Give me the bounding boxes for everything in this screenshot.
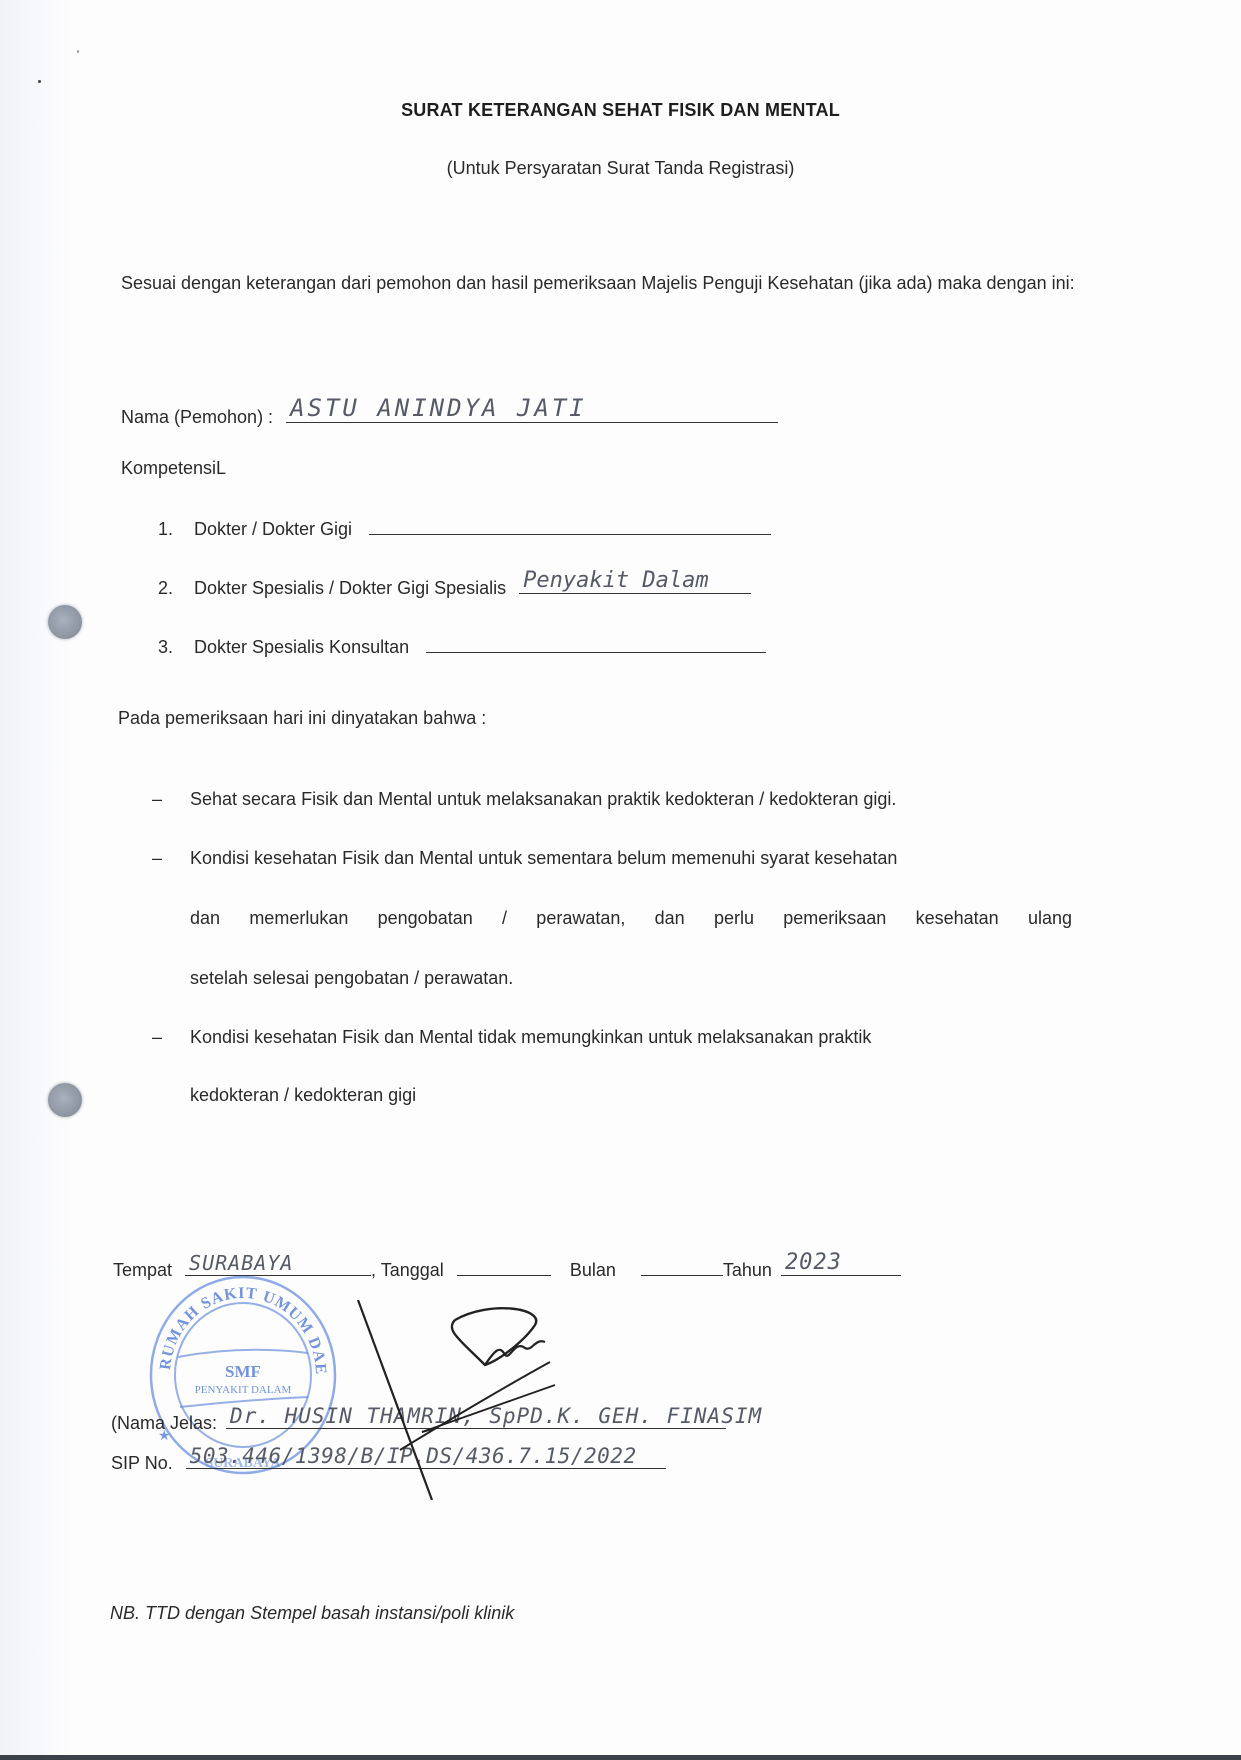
scan-bottom-edge (0, 1755, 1241, 1760)
statement-3: –Kondisi kesehatan Fisik dan Mental tida… (152, 1027, 871, 1048)
competence-item-3: 3.Dokter Spesialis Konsultan (158, 630, 766, 658)
document-title: SURAT KETERANGAN SEHAT FISIK DAN MENTAL (0, 100, 1241, 121)
svg-text:PENYAKIT DALAM: PENYAKIT DALAM (195, 1384, 292, 1396)
intro-paragraph: Sesuai dengan keterangan dari pemohon da… (121, 266, 1096, 300)
svg-text:RUMAH SAKIT UMUM DAERAH Dr. SO: RUMAH SAKIT UMUM DAERAH Dr. SOETOMO (140, 1265, 329, 1376)
footnote: NB. TTD dengan Stempel basah instansi/po… (110, 1603, 514, 1624)
competence-label: KompetensiL (121, 458, 226, 479)
competence-item-label: Dokter Spesialis Konsultan (194, 637, 409, 657)
signer-name-label: (Nama Jelas: (111, 1413, 217, 1433)
sip-label: SIP No. (111, 1453, 173, 1473)
scan-speck (38, 80, 41, 83)
year-label: Tahun (723, 1260, 772, 1280)
statement-1: –Sehat secara Fisik dan Mental untuk mel… (152, 789, 896, 810)
place-field[interactable]: SURABAYA (185, 1253, 371, 1276)
place-value: SURABAYA (189, 1251, 293, 1275)
statement-intro: Pada pemeriksaan hari ini dinyatakan bah… (118, 708, 486, 729)
applicant-row: Nama (Pemohon) : ASTU ANINDYA JATI (121, 400, 778, 428)
competence-field-2[interactable]: Penyakit Dalam (519, 571, 751, 594)
competence-value: Penyakit Dalam (523, 568, 708, 593)
scan-speck (77, 50, 79, 53)
competence-field-3[interactable] (426, 630, 766, 653)
scanned-document-page: SURAT KETERANGAN SEHAT FISIK DAN MENTAL … (0, 0, 1241, 1760)
punch-hole-icon (48, 1083, 82, 1117)
place-label: Tempat (113, 1260, 172, 1280)
year-value: 2023 (785, 1250, 842, 1275)
dash-icon: – (152, 789, 190, 810)
month-field[interactable] (641, 1253, 723, 1276)
statement-2-line-3: setelah selesai pengobatan / perawatan. (190, 968, 513, 989)
statement-2-line-2: dan memerlukan pengobatan / perawatan, d… (190, 908, 1072, 929)
statement-3-line-2: kedokteran / kedokteran gigi (190, 1085, 416, 1106)
punch-hole-icon (48, 605, 82, 639)
date-field[interactable] (457, 1253, 551, 1276)
applicant-name-field[interactable]: ASTU ANINDYA JATI (286, 400, 778, 423)
competence-field-1[interactable] (369, 512, 771, 535)
competence-item-label: Dokter / Dokter Gigi (194, 519, 352, 539)
signature-icon (340, 1300, 620, 1500)
year-field[interactable]: 2023 (781, 1253, 901, 1276)
competence-item-label: Dokter Spesialis / Dokter Gigi Spesialis (194, 578, 506, 598)
competence-item-1: 1.Dokter / Dokter Gigi (158, 512, 771, 540)
dash-icon: – (152, 1027, 190, 1048)
statement-2: –Kondisi kesehatan Fisik dan Mental untu… (152, 848, 897, 869)
dash-icon: – (152, 848, 190, 869)
scan-shadow (0, 0, 70, 1760)
date-label: , Tanggal (371, 1260, 444, 1280)
svg-text:SMF: SMF (225, 1362, 261, 1381)
place-date-row: Tempat SURABAYA , Tanggal Bulan Tahun 20… (113, 1253, 901, 1281)
document-subtitle: (Untuk Persyaratan Surat Tanda Registras… (0, 158, 1241, 179)
applicant-label: Nama (Pemohon) : (121, 407, 273, 427)
applicant-name-value: ASTU ANINDYA JATI (290, 394, 587, 422)
month-label: Bulan (570, 1260, 616, 1280)
competence-item-2: 2.Dokter Spesialis / Dokter Gigi Spesial… (158, 571, 751, 599)
